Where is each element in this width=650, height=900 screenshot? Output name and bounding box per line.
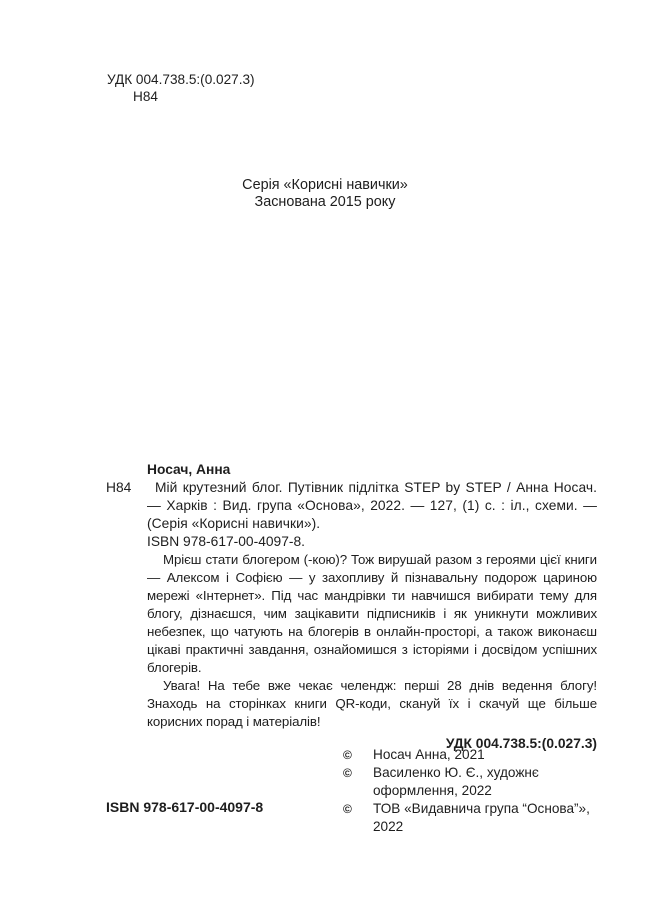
catalog-entry: Н84 Мій крутезний блог. Путівник підлітк… [106,479,597,533]
copyright-icon: © [343,746,352,764]
series-name: Серія «Корисні навички» [0,177,650,194]
catalog-author-mark: Н84 [106,479,131,497]
catalog-author: Носач, Анна [106,461,597,479]
series-founded: Заснована 2015 року [0,194,650,211]
catalog-isbn: ISBN 978-617-00-4097-8. [106,533,597,551]
author-mark: Н84 [107,88,255,105]
copyright-item: © Василенко Ю. Є., художнє оформлення, 2… [343,764,603,800]
copyright-icon: © [343,800,352,818]
annotation-paragraph: Увага! На тебе вже чекає челендж: перші … [147,677,597,731]
udk-header: УДК 004.738.5:(0.027.3) Н84 [107,71,255,105]
annotation-paragraph: Мрієш стати блогером (-кою)? Тож вирушай… [147,551,597,677]
series-info: Серія «Корисні навички» Заснована 2015 р… [0,177,650,211]
copyright-item: © Носач Анна, 2021 [343,746,603,764]
copyright-icon: © [343,764,352,782]
isbn-footer: ISBN 978-617-00-4097-8 [106,799,263,815]
copyright-item: © ТОВ «Видавнича група “Основа”», 2022 [343,800,603,836]
catalog-description: Мій крутезний блог. Путівник підлітка ST… [147,479,597,533]
copyright-text: Носач Анна, 2021 [373,747,485,762]
catalog-annotation: Мрієш стати блогером (-кою)? Тож вирушай… [106,551,597,731]
copyright-text: ТОВ «Видавнича група “Основа”», 2022 [373,801,590,834]
copyright-text: Василенко Ю. Є., художнє оформлення, 202… [373,765,539,798]
catalog-card: Носач, Анна Н84 Мій крутезний блог. Путі… [106,461,597,753]
copyright-list: © Носач Анна, 2021 © Василенко Ю. Є., ху… [343,746,603,836]
udk-code: УДК 004.738.5:(0.027.3) [107,71,255,88]
